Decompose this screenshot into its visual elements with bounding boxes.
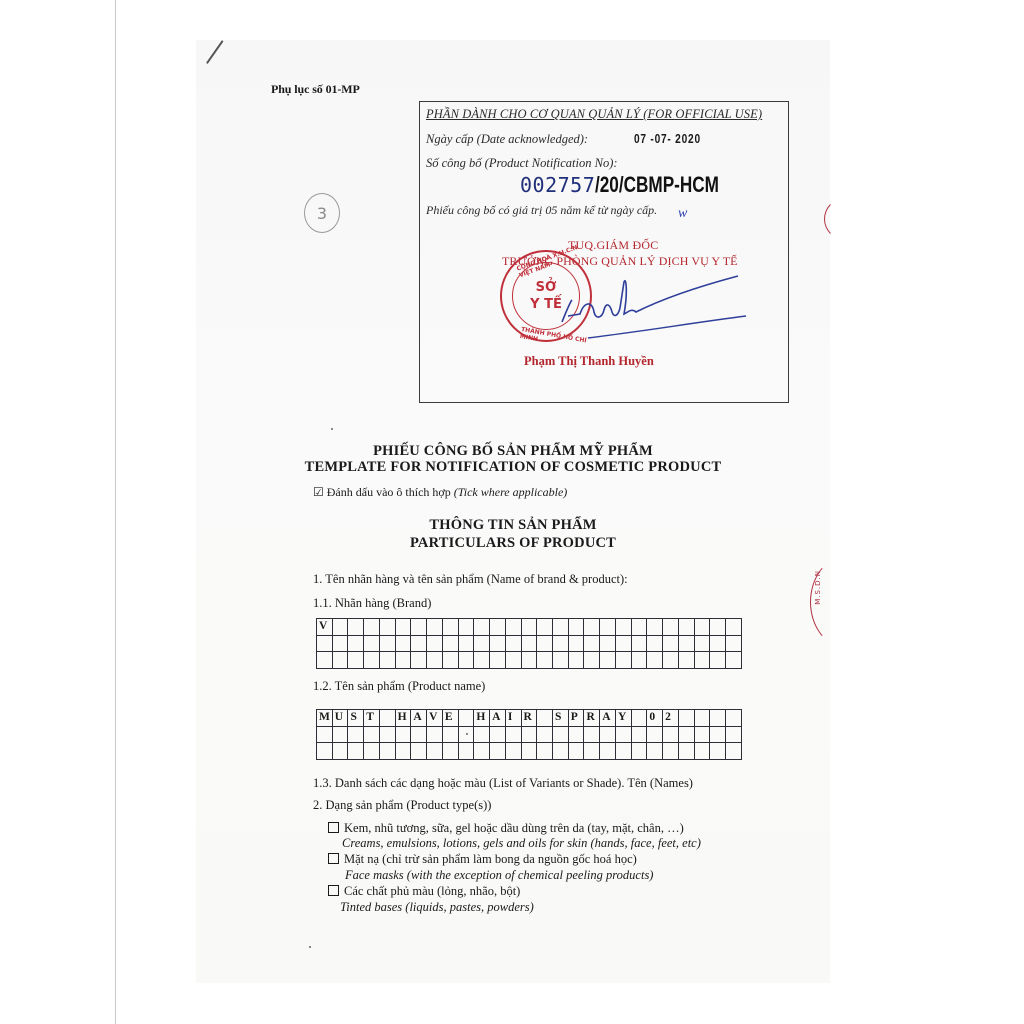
grid-cell[interactable] [679,652,695,669]
grid-cell[interactable] [537,743,553,760]
grid-cell[interactable] [600,743,616,760]
grid-cell[interactable] [569,636,585,653]
item-1-1-brand-label: 1.1. Nhãn hàng (Brand) [313,596,431,611]
grid-cell[interactable] [600,636,616,653]
grid-cell[interactable]: U [333,710,349,727]
scan-speck [309,946,311,948]
notification-number: 002757 /20/CBMP-HCM [520,172,754,198]
brand-letter-grid: V [316,618,742,669]
grid-cell[interactable] [333,652,349,669]
tick-note-en: (Tick where applicable) [454,485,568,499]
grid-cell[interactable] [317,743,333,760]
grid-cell[interactable] [333,743,349,760]
grid-cell[interactable] [584,652,600,669]
grid-cell[interactable] [569,619,585,636]
grid-cell[interactable] [474,636,490,653]
checked-box-icon: ☑ [313,485,324,499]
grid-cell[interactable] [710,743,726,760]
grid-cell[interactable]: H [474,710,490,727]
official-box-title: PHẦN DÀNH CHO CƠ QUAN QUẢN LÝ (FOR OFFIC… [426,107,762,122]
grid-cell[interactable]: A [600,710,616,727]
edge-stamp-text: M.S.D.N [814,570,822,605]
grid-cell[interactable] [364,636,380,653]
grid-cell[interactable]: S [553,710,569,727]
grid-cell[interactable]: A [490,710,506,727]
grid-cell[interactable] [710,652,726,669]
grid-cell[interactable] [427,636,443,653]
grid-cell[interactable] [679,636,695,653]
grid-cell[interactable] [663,652,679,669]
grid-cell[interactable] [537,636,553,653]
grid-cell[interactable] [537,710,553,727]
grid-cell[interactable] [616,652,632,669]
grid-cell[interactable] [710,710,726,727]
grid-cell[interactable] [584,636,600,653]
grid-cell[interactable] [506,652,522,669]
grid-cell[interactable] [726,652,742,669]
grid-cell[interactable] [506,636,522,653]
grid-cell[interactable] [490,636,506,653]
grid-cell[interactable] [537,727,553,744]
grid-cell[interactable] [553,652,569,669]
grid-cell[interactable] [443,619,459,636]
grid-cell[interactable] [647,743,663,760]
grid-cell[interactable] [553,619,569,636]
grid-cell[interactable]: Y [616,710,632,727]
grid-cell[interactable] [600,619,616,636]
grid-cell[interactable] [726,636,742,653]
grid-cell[interactable] [348,727,364,744]
date-acknowledged-value: 07 -07- 2020 [634,131,701,146]
grid-cell[interactable] [695,727,711,744]
grid-cell[interactable] [522,727,538,744]
grid-cell[interactable] [663,636,679,653]
grid-cell[interactable]: 0 [647,710,663,727]
grid-cell[interactable] [632,652,648,669]
product-type-label-vi: Các chất phủ màu (lỏng, nhão, bột) [344,884,520,898]
grid-cell[interactable] [695,636,711,653]
grid-cell[interactable] [537,652,553,669]
grid-cell[interactable] [569,727,585,744]
grid-cell[interactable] [333,619,349,636]
grid-cell[interactable] [679,743,695,760]
grid-cell[interactable] [333,636,349,653]
grid-cell[interactable] [553,636,569,653]
grid-cell[interactable] [474,652,490,669]
grid-cell[interactable] [364,619,380,636]
grid-cell[interactable] [474,727,490,744]
grid-cell[interactable] [616,727,632,744]
grid-cell[interactable] [380,727,396,744]
product-type-label-en: Creams, emulsions, lotions, gels and oil… [342,836,701,851]
grid-cell[interactable] [411,652,427,669]
grid-cell[interactable] [348,652,364,669]
grid-cell[interactable] [411,636,427,653]
grid-cell[interactable] [647,727,663,744]
grid-cell[interactable] [411,743,427,760]
grid-cell[interactable]: I [506,710,522,727]
grid-cell[interactable] [317,652,333,669]
grid-cell[interactable]: V [427,710,443,727]
grid-cell[interactable]: S [348,710,364,727]
grid-cell[interactable] [584,619,600,636]
grid-cell[interactable] [427,743,443,760]
grid-cell[interactable] [632,743,648,760]
product-type-option-face-masks[interactable]: Mặt nạ (chỉ trừ sản phẩm làm bong da ngu… [328,852,637,867]
grid-cell[interactable] [632,727,648,744]
grid-cell[interactable] [443,652,459,669]
grid-cell[interactable] [616,636,632,653]
notification-number-suffix: /20/CBMP-HCM [595,172,719,198]
grid-cell[interactable] [364,743,380,760]
grid-cell[interactable] [569,652,585,669]
product-type-label-en: Tinted bases (liquids, pastes, powders) [340,900,534,915]
product-type-option-creams[interactable]: Kem, nhũ tương, sữa, gel hoặc dầu dùng t… [328,821,684,836]
product-name-letter-grid: MUSTHAVEHAIRSPRAY02 [316,709,742,760]
grid-cell[interactable] [427,727,443,744]
grid-cell[interactable] [522,652,538,669]
product-type-label-vi: Kem, nhũ tương, sữa, gel hoặc dầu dùng t… [344,821,684,835]
grid-cell[interactable] [663,619,679,636]
grid-cell[interactable] [726,619,742,636]
grid-cell[interactable] [443,743,459,760]
grid-cell[interactable] [647,636,663,653]
grid-cell[interactable] [663,727,679,744]
product-type-option-tinted-bases[interactable]: Các chất phủ màu (lỏng, nhão, bột) [328,884,520,899]
grid-cell[interactable] [695,743,711,760]
grid-cell[interactable] [490,652,506,669]
grid-cell[interactable] [380,743,396,760]
section-title-vi: THÔNG TIN SẢN PHẨM [196,517,830,534]
grid-cell[interactable] [380,710,396,727]
grid-cell[interactable] [522,743,538,760]
grid-cell[interactable] [522,619,538,636]
grid-cell[interactable] [710,619,726,636]
grid-cell[interactable] [695,710,711,727]
grid-cell[interactable] [726,727,742,744]
grid-cell[interactable]: 2 [663,710,679,727]
appendix-label: Phụ lục số 01-MP [271,82,360,97]
grid-cell[interactable] [553,743,569,760]
grid-cell[interactable] [364,727,380,744]
grid-cell[interactable]: M [317,710,333,727]
grid-cell[interactable] [396,619,412,636]
handwritten-initial: w [678,206,687,222]
grid-cell[interactable] [647,652,663,669]
scan-speck [466,733,468,735]
section-title-en: PARTICULARS OF PRODUCT [196,535,830,552]
grid-cell[interactable] [490,743,506,760]
grid-cell[interactable] [396,652,412,669]
grid-cell[interactable] [695,652,711,669]
grid-cell[interactable] [396,743,412,760]
grid-cell[interactable]: R [522,710,538,727]
grid-cell[interactable] [317,636,333,653]
grid-cell[interactable]: T [364,710,380,727]
grid-cell[interactable] [490,727,506,744]
grid-cell[interactable]: A [411,710,427,727]
form-title-vi: PHIẾU CÔNG BỐ SẢN PHẨM MỸ PHẨM [196,443,830,460]
grid-cell[interactable] [348,743,364,760]
grid-cell[interactable] [459,710,475,727]
grid-cell[interactable] [726,743,742,760]
item-1-2-product-name-label: 1.2. Tên sản phẩm (Product name) [313,679,485,694]
item-2-product-type-label: 2. Dạng sản phẩm (Product type(s)) [313,798,491,813]
grid-cell[interactable] [506,619,522,636]
handwritten-signature [558,272,748,342]
grid-cell[interactable] [632,619,648,636]
grid-cell[interactable] [459,743,475,760]
grid-cell[interactable] [600,652,616,669]
grid-cell[interactable] [333,727,349,744]
grid-cell[interactable] [584,743,600,760]
grid-cell[interactable] [380,636,396,653]
grid-cell[interactable] [710,636,726,653]
grid-cell[interactable] [569,743,585,760]
tick-note: ☑ Đánh dấu vào ô thích hợp (Tick where a… [313,485,567,500]
grid-cell[interactable] [695,619,711,636]
tick-note-vi: Đánh dấu vào ô thích hợp [327,485,454,499]
grid-cell[interactable] [348,619,364,636]
checkbox-icon[interactable] [328,822,339,833]
grid-cell[interactable]: P [569,710,585,727]
grid-cell[interactable] [443,727,459,744]
grid-cell[interactable] [710,727,726,744]
signatory-name: Phạm Thị Thanh Huyền [524,354,654,369]
grid-cell[interactable] [348,636,364,653]
grid-cell[interactable] [584,727,600,744]
grid-cell[interactable]: V [317,619,333,636]
grid-cell[interactable] [364,652,380,669]
grid-cell[interactable] [459,636,475,653]
grid-cell[interactable] [411,619,427,636]
grid-cell[interactable] [726,710,742,727]
handwritten-page-number: 3 [304,193,340,233]
grid-cell[interactable] [616,743,632,760]
checkbox-icon[interactable] [328,885,339,896]
item-1-label: 1. Tên nhãn hàng và tên sản phẩm (Name o… [313,572,628,587]
grid-cell[interactable]: H [396,710,412,727]
grid-cell[interactable] [632,636,648,653]
grid-cell[interactable] [427,619,443,636]
grid-cell[interactable] [506,743,522,760]
form-title-en: TEMPLATE FOR NOTIFICATION OF COSMETIC PR… [196,459,830,476]
grid-cell[interactable] [522,636,538,653]
grid-cell[interactable]: E [443,710,459,727]
item-1-3-variants-label: 1.3. Danh sách các dạng hoặc màu (List o… [313,776,693,791]
grid-cell[interactable] [443,636,459,653]
grid-cell[interactable] [427,652,443,669]
date-acknowledged-label: Ngày cấp (Date acknowledged): [426,132,588,147]
grid-cell[interactable]: R [584,710,600,727]
grid-cell[interactable] [474,743,490,760]
grid-cell[interactable] [474,619,490,636]
scan-speck [331,428,333,430]
grid-cell[interactable] [380,652,396,669]
grid-cell[interactable] [663,743,679,760]
grid-cell[interactable] [459,652,475,669]
grid-cell[interactable] [411,727,427,744]
stamp-center-line1: SỞ [536,279,557,296]
grid-cell[interactable] [459,619,475,636]
viewer-edge-divider [115,0,116,1024]
grid-cell[interactable] [553,727,569,744]
grid-cell[interactable] [317,727,333,744]
validity-note: Phiếu công bố có giá trị 05 năm kể từ ng… [426,203,657,218]
grid-cell[interactable] [396,727,412,744]
checkbox-icon[interactable] [328,853,339,864]
grid-cell[interactable] [647,619,663,636]
grid-cell[interactable] [506,727,522,744]
grid-cell[interactable] [600,727,616,744]
grid-cell[interactable] [396,636,412,653]
product-type-label-en: Face masks (with the exception of chemic… [345,868,653,883]
grid-cell[interactable] [632,710,648,727]
grid-cell[interactable] [679,710,695,727]
product-type-label-vi: Mặt nạ (chỉ trừ sản phẩm làm bong da ngu… [344,852,637,866]
notification-number-prefix: 002757 [520,173,595,197]
edge-stamp-partial-top [824,198,866,240]
grid-cell[interactable] [490,619,506,636]
grid-cell[interactable] [537,619,553,636]
notification-number-label: Số công bố (Product Notification No): [426,156,618,171]
grid-cell[interactable] [380,619,396,636]
grid-cell[interactable] [679,727,695,744]
grid-cell[interactable] [679,619,695,636]
official-use-box: PHẦN DÀNH CHO CƠ QUAN QUẢN LÝ (FOR OFFIC… [419,101,789,403]
grid-cell[interactable] [616,619,632,636]
